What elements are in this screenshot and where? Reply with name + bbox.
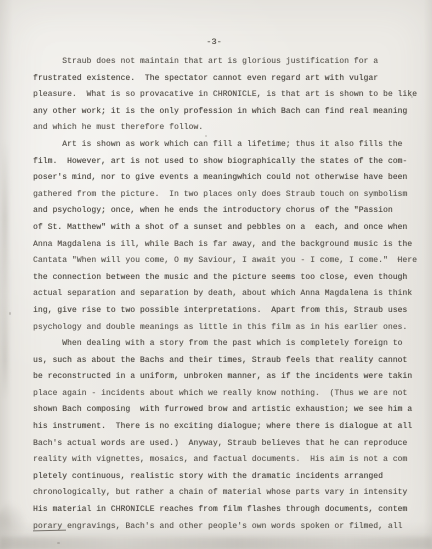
text-line: ing, give rise to two possible interpret… xyxy=(33,303,432,320)
text-line: shown Bach composing with furrowed brow … xyxy=(33,402,432,419)
text-line: be reconstructed in a uniform, unbroken … xyxy=(33,369,432,386)
text-line: chronologically, but rather a chain of m… xyxy=(33,485,432,502)
text-line: Cantata "When will you come, O my Saviou… xyxy=(33,253,432,270)
text-line: Anna Magdalena is ill, while Bach is far… xyxy=(33,237,432,254)
scan-artifact-corner xyxy=(0,499,36,549)
scan-speck xyxy=(9,312,11,315)
text-line: His material in CHRONICLE reaches from f… xyxy=(33,502,432,519)
text-line: poser's mind, nor to give events a meani… xyxy=(33,170,432,187)
text-line: us, such as about the Bachs and their ti… xyxy=(33,353,432,370)
text-line: and which he must therefore follow. xyxy=(33,120,432,137)
text-line: Straub does not maintain that art is glo… xyxy=(33,54,432,71)
scan-artifact-smudge xyxy=(0,537,432,549)
text-line: porary engravings, Bach's and other peop… xyxy=(33,519,432,536)
text-line: any other work; it is the only professio… xyxy=(33,104,432,121)
text-line: reality with vignettes, mosaics, and fac… xyxy=(33,452,432,469)
scan-speck xyxy=(57,542,60,544)
document-page: -3- Straub does not maintain that art is… xyxy=(0,0,432,549)
text-line: film. However, art is not used to show b… xyxy=(33,154,432,171)
text-line: gathered from the picture. In two places… xyxy=(33,187,432,204)
text-line: actual separation and separation by deat… xyxy=(33,286,432,303)
document-body: Straub does not maintain that art is glo… xyxy=(33,54,432,535)
text-line: pleasure. What is so provacative in CHRO… xyxy=(33,87,432,104)
text-line: psychology and double meanings as little… xyxy=(33,320,432,337)
text-line: and psychology; once, when he ends the i… xyxy=(33,203,432,220)
text-line: the connection between the music and the… xyxy=(33,270,432,287)
scan-artifact-streak xyxy=(2,140,8,400)
text-line: frustrated existence. The spectator cann… xyxy=(33,71,432,88)
text-line: Art is shown as work which can fill a li… xyxy=(33,137,432,154)
text-line: pletely continuous, realistic story with… xyxy=(33,469,432,486)
page-number: -3- xyxy=(0,37,428,47)
text-line: When dealing with a story from the past … xyxy=(33,336,432,353)
text-line: his instrument. There is no exciting dia… xyxy=(33,419,432,436)
text-line: Bach's actual words are used.) Anyway, S… xyxy=(33,436,432,453)
text-line: place again - incidents about which we r… xyxy=(33,386,432,403)
text-line: of St. Matthew" with a shot of a sunset … xyxy=(33,220,432,237)
